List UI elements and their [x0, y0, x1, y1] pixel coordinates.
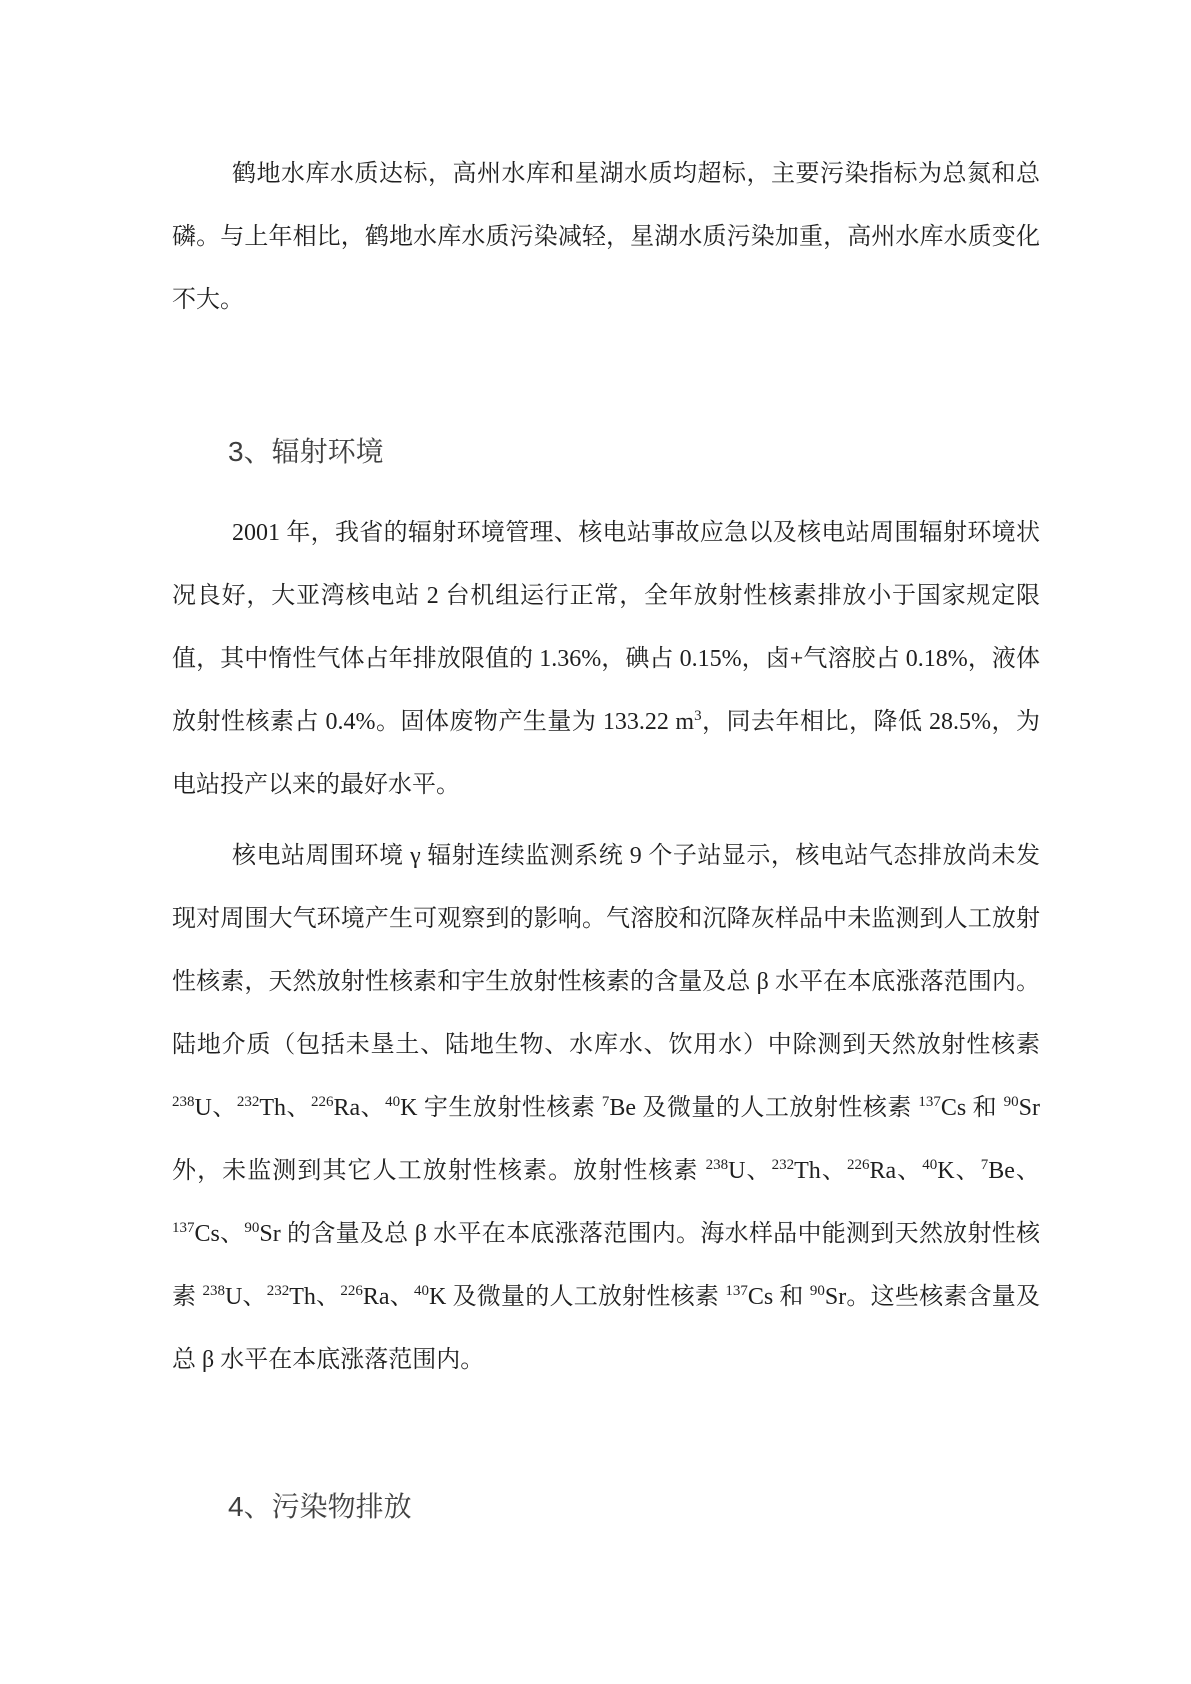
superscript: 238	[172, 1094, 195, 1110]
superscript: 40	[385, 1094, 400, 1110]
paragraph-reservoir-water-quality: 鹤地水库水质达标，高州水库和星湖水质均超标，主要污染指标为总氮和总磷。与上年相比…	[172, 143, 1040, 332]
superscript: 238	[202, 1283, 225, 1299]
superscript: 90	[810, 1283, 825, 1299]
heading-radiation-environment: 3、辐射环境	[228, 432, 1040, 472]
superscript: 90	[1004, 1094, 1019, 1110]
document-page: 鹤地水库水质达标，高州水库和星湖水质均超标，主要污染指标为总氮和总磷。与上年相比…	[0, 0, 1191, 1527]
superscript: 137	[725, 1283, 748, 1299]
superscript: 137	[172, 1220, 195, 1236]
superscript: 90	[244, 1220, 259, 1236]
paragraph-radiation-monitoring: 核电站周围环境 γ 辐射连续监测系统 9 个子站显示，核电站气态排放尚未发现对周…	[172, 825, 1040, 1392]
superscript: 232	[237, 1094, 260, 1110]
superscript: 232	[267, 1283, 290, 1299]
superscript: 232	[772, 1157, 795, 1173]
superscript: 226	[847, 1157, 870, 1173]
superscript: 238	[706, 1157, 729, 1173]
paragraph-radiation-overview: 2001 年，我省的辐射环境管理、核电站事故应急以及核电站周围辐射环境状况良好，…	[172, 502, 1040, 817]
superscript: 137	[918, 1094, 941, 1110]
superscript: 40	[922, 1157, 937, 1173]
superscript: 226	[340, 1283, 363, 1299]
heading-pollutant-discharge: 4、污染物排放	[228, 1487, 1040, 1527]
superscript: 3	[694, 708, 702, 724]
superscript: 40	[414, 1283, 429, 1299]
superscript: 7	[981, 1157, 989, 1173]
superscript: 7	[602, 1094, 610, 1110]
superscript: 226	[311, 1094, 334, 1110]
